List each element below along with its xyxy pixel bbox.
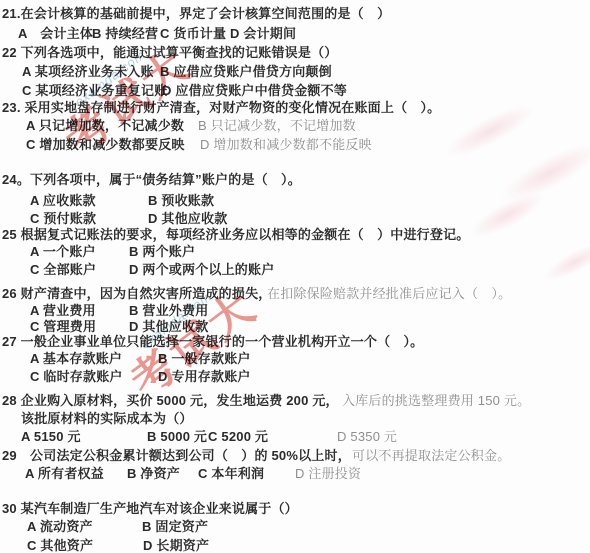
- q29-option-a: A 所有者权益: [25, 466, 104, 481]
- scan-smudge: [440, 96, 541, 166]
- q22-option-d: D 应借应贷账户中借贷金额不等: [162, 83, 347, 98]
- q23-stem: 23. 采用实地盘存制进行财产清查，对财产物资的变化情况在账面上（ ）。: [2, 100, 440, 115]
- q24-stem: 24。下列各项中，属于“债务结算”账户的是（ ）。: [2, 172, 301, 187]
- q22-option-a: A 某项经济业务未入账: [22, 64, 154, 79]
- q24-option-a: A 应收账款: [30, 193, 96, 208]
- q28-stem-tail: 入库后的挑选整理费用 150 元。: [342, 393, 530, 408]
- q28-stem: 28 企业购入原材料，买价 5000 元，发生地运费 200 元，: [2, 393, 339, 408]
- q27-option-a: A 基本存款账户: [30, 351, 122, 366]
- q25-option-b: B 两个账户: [129, 244, 195, 259]
- q30-option-c: C 其他资产: [27, 538, 93, 553]
- q28-stem-line2: 该批原材料的实际成本为（）: [21, 411, 193, 426]
- q23-option-d: D 增加数和减少数都不能反映: [200, 137, 372, 152]
- q21-option-c: C 货币计量: [160, 26, 226, 41]
- q22-option-b: B 应借应贷账户借贷方向颠倒: [160, 64, 332, 79]
- q23-option-a: A 只记增加数，不记减少数: [26, 118, 184, 133]
- q29-stem: 29 公司法定公积金累计额达到公司（ ）的 50%以上时，: [2, 448, 351, 463]
- q22-stem: 22 下列各选项中，能通过试算平衡查找的记账错误是（）: [2, 45, 337, 60]
- q25-option-a: A 一个账户: [30, 244, 96, 259]
- scan-smudge: [464, 184, 550, 245]
- q23-option-c: C 增加数和减少数都要反映: [26, 137, 185, 152]
- q21-option-b: B 持续经营: [92, 26, 158, 41]
- q21-option-a: A 会计主体: [18, 26, 93, 41]
- q30-option-a: A 流动资产: [27, 519, 93, 534]
- q30-stem: 30 某汽车制造厂生产地汽车对该企业来说属于（）: [2, 501, 298, 516]
- q28-option-a: A 5150 元: [21, 429, 81, 444]
- q27-option-b: B 一般存款账户: [158, 351, 251, 366]
- q26-option-d: D 其他应收款: [129, 319, 208, 334]
- q30-option-d: D 长期资产: [143, 538, 209, 553]
- q21-option-d: D 会计期间: [230, 26, 296, 41]
- q22-option-c: C 某项经济业务重复记账: [22, 83, 167, 98]
- q26-option-a: A 营业费用: [30, 303, 96, 318]
- q23-option-b: B 只记减少数，不记增加数: [198, 118, 356, 133]
- q26-option-c: C 管理费用: [30, 319, 96, 334]
- exam-page: 21.在会计核算的基础前提中，界定了会计核算空间范围的是（ ）A 会计主体B 持…: [0, 0, 590, 553]
- scan-smudge: [494, 134, 590, 212]
- q25-option-c: C 全部账户: [30, 262, 96, 277]
- q26-stem: 26 财产清查中，因为自然灾害所造成的损失，: [2, 286, 271, 301]
- q29-option-b: B 净资产: [127, 466, 180, 481]
- q27-option-d: D 专用存款账户: [158, 369, 251, 384]
- q30-option-b: B 固定资产: [142, 519, 208, 534]
- q28-option-c: C 5200 元: [208, 429, 268, 444]
- q29-stem-tail: 可以不再提取法定公积金。: [352, 448, 510, 463]
- q25-stem: 25 根据复式记账法的要求，每项经济业务应以相等的金额在（ ）中进行登记。: [2, 227, 469, 242]
- q24-option-b: B 预收账款: [148, 193, 214, 208]
- q21-stem: 21.在会计核算的基础前提中，界定了会计核算空间范围的是（ ）: [2, 6, 390, 21]
- q24-option-d: D 其他应收款: [148, 211, 227, 226]
- q27-stem: 27 一般企业事业单位只能选择一家银行的一个营业机构开立一个（ ）。: [2, 334, 423, 349]
- q27-option-c: C 临时存款账户: [30, 369, 123, 384]
- q29-option-d: D 注册投资: [295, 466, 361, 481]
- q25-option-d: D 两个或两个以上的账户: [129, 262, 274, 277]
- q28-option-b: B 5000 元: [147, 429, 207, 444]
- q29-option-c: C 本年利润: [198, 466, 264, 481]
- q28-option-d: D 5350 元: [337, 429, 397, 444]
- q24-option-c: C 预付账款: [30, 211, 96, 226]
- q26-option-b: B 营业外费用: [129, 303, 208, 318]
- scan-smudge: [539, 237, 590, 288]
- q26-stem-tail: 在扣除保险赔款并经批准后应记入（ ）。: [267, 286, 511, 301]
